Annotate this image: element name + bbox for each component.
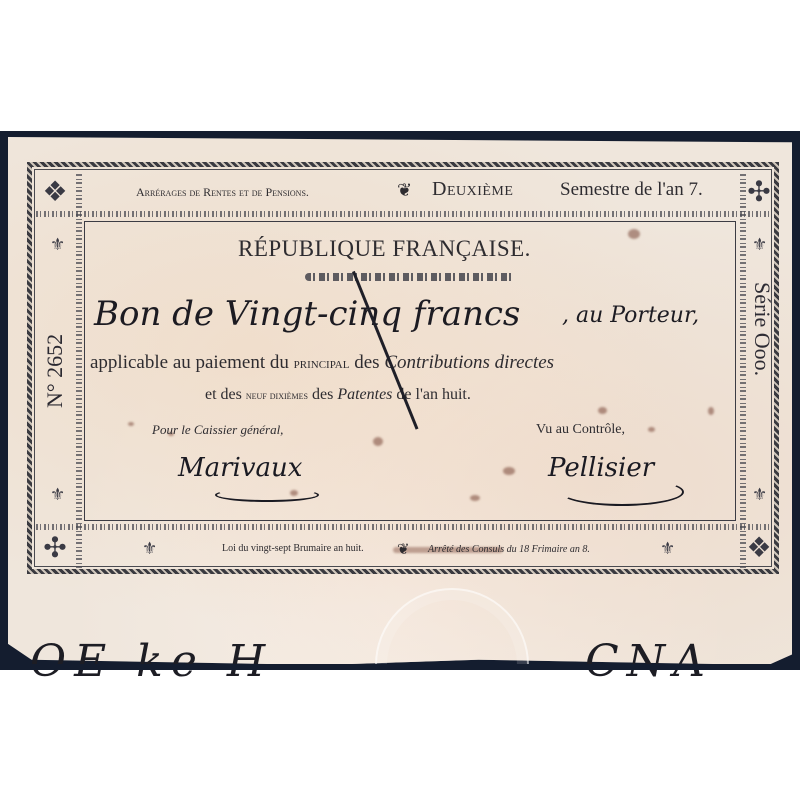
signature-flourish <box>215 488 319 502</box>
ornamental-divider <box>305 273 515 281</box>
corner-rosette-icon: ✣ <box>38 532 72 566</box>
corner-rosette-icon: ❖ <box>38 176 72 210</box>
line3-text: et des neuf dixièmes des Patentes de l'a… <box>205 386 471 404</box>
fleur-de-lis-icon: ⚜ <box>660 540 675 557</box>
ornamental-rule-bottom <box>36 524 772 530</box>
series-label: Série Ooo. <box>749 282 775 376</box>
corner-rosette-icon: ❖ <box>742 532 776 566</box>
fleur-de-lis-icon: ⚜ <box>752 236 767 253</box>
footer-decree: Arrêté des Consuls du 18 Frimaire an 8. <box>428 544 590 555</box>
signature-marivaux: Marivaux <box>178 453 302 483</box>
fleuron-icon: ❦ <box>397 180 412 201</box>
fleur-de-lis-icon: ⚜ <box>50 486 65 503</box>
ornamental-rule-left <box>76 172 82 568</box>
footer-law: Loi du vingt-sept Brumaire an huit. <box>222 543 364 554</box>
fleur-de-lis-icon: ⚜ <box>752 486 767 503</box>
header-arrerages: Arrérages de Rentes et de Pensions. <box>136 185 309 200</box>
bond-denomination: Bon de Vingt-cinq francs <box>94 294 520 334</box>
backdrop-bottom-edge <box>0 664 800 670</box>
cut-strip-text-right: CNA <box>585 636 713 687</box>
fleur-de-lis-icon: ⚜ <box>142 540 157 557</box>
republic-title: RÉPUBLIQUE FRANÇAISE. <box>238 236 531 262</box>
signature-flourish <box>560 478 684 506</box>
control-label: Vu au Contrôle, <box>536 422 625 438</box>
line2-text: applicable au paiement du principal des … <box>90 352 554 374</box>
ornamental-rule-right <box>740 172 746 568</box>
cut-strip-text-left: OE ke H <box>30 636 273 687</box>
bearer-clause: , au Porteur, <box>562 303 699 328</box>
fleur-de-lis-icon: ⚜ <box>50 236 65 253</box>
ornamental-rule-top <box>36 211 772 217</box>
corner-rosette-icon: ✣ <box>742 176 776 210</box>
fleuron-icon: ❦ <box>397 540 410 559</box>
header-semester: Semestre de l'an 7. <box>560 179 703 201</box>
header-semester-emph: Deuxième <box>432 178 513 201</box>
cashier-label: Pour le Caissier général, <box>152 422 283 438</box>
serial-number: N° 2652 <box>42 334 68 408</box>
